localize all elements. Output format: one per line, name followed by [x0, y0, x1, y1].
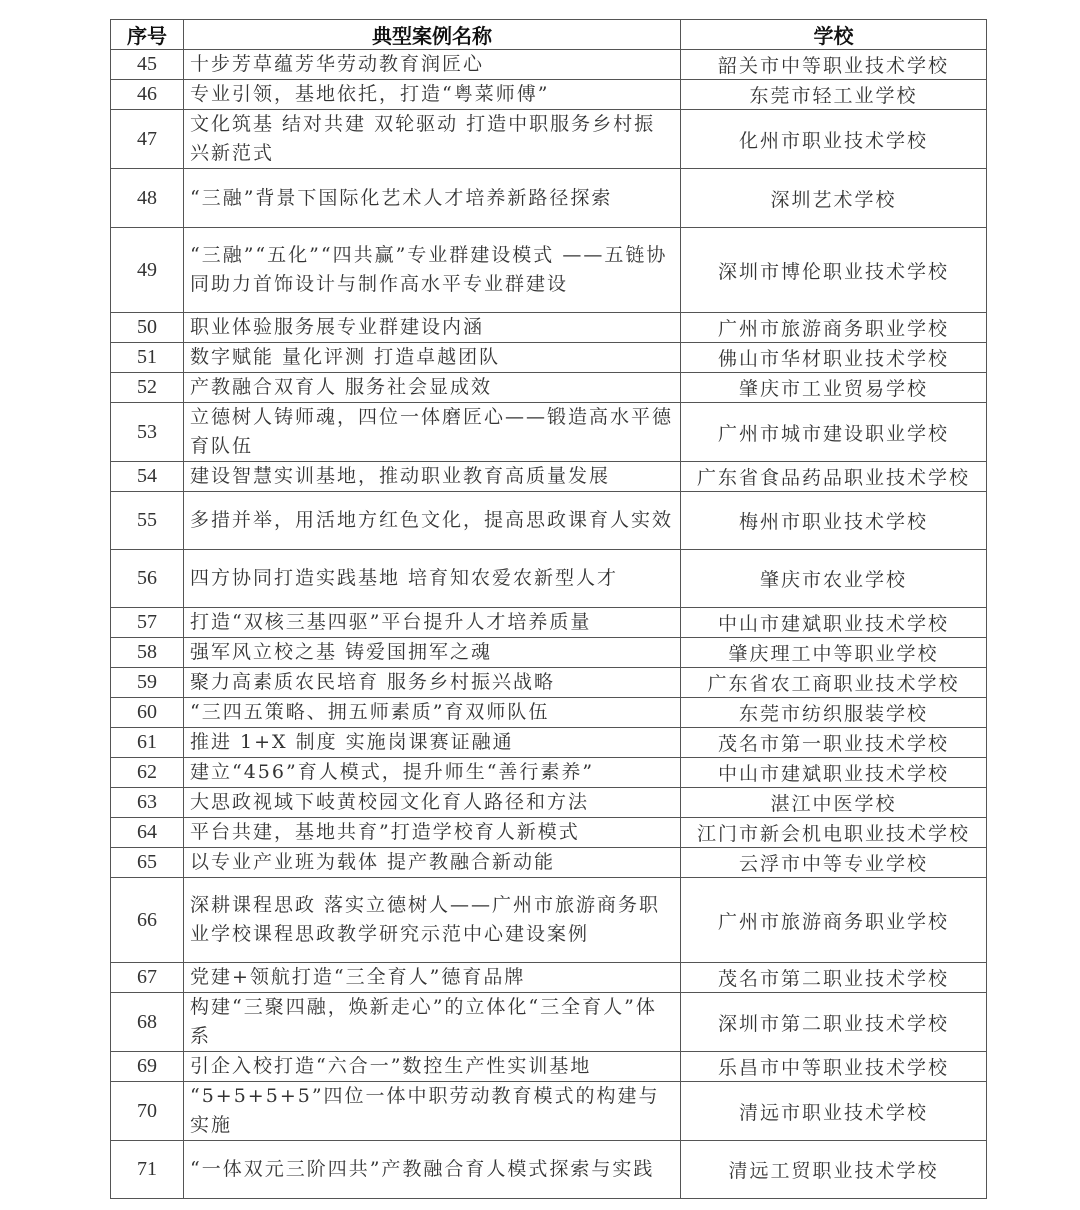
header-case-name: 典型案例名称	[184, 20, 681, 50]
table-row: 60“三四五策略、拥五师素质”育双师队伍东莞市纺织服装学校	[111, 698, 987, 728]
table-row: 47文化筑基 结对共建 双轮驱动 打造中职服务乡村振兴新范式化州市职业技术学校	[111, 110, 987, 169]
table-row: 56四方协同打造实践基地 培育知农爱农新型人才肇庆市农业学校	[111, 550, 987, 608]
serial-number-cell: 55	[111, 492, 184, 550]
serial-number-cell: 69	[111, 1052, 184, 1082]
serial-number-cell: 58	[111, 638, 184, 668]
school-cell: 深圳市博伦职业技术学校	[681, 228, 987, 313]
table-header-row: 序号 典型案例名称 学校	[111, 20, 987, 50]
table-row: 62建立“456”育人模式，提升师生“善行素养”中山市建斌职业技术学校	[111, 758, 987, 788]
school-cell: 云浮市中等专业学校	[681, 848, 987, 878]
school-cell: 深圳艺术学校	[681, 169, 987, 228]
serial-number-cell: 49	[111, 228, 184, 313]
school-cell: 肇庆市工业贸易学校	[681, 373, 987, 403]
table-row: 51数字赋能 量化评测 打造卓越团队佛山市华材职业技术学校	[111, 343, 987, 373]
serial-number-cell: 64	[111, 818, 184, 848]
school-cell: 深圳市第二职业技术学校	[681, 993, 987, 1052]
table-row: 53立德树人铸师魂，四位一体磨匠心——锻造高水平德育队伍广州市城市建设职业学校	[111, 403, 987, 462]
case-name-cell: 推进 1+X 制度 实施岗课赛证融通	[184, 728, 681, 758]
table-row: 68构建“三聚四融，焕新走心”的立体化“三全育人”体系深圳市第二职业技术学校	[111, 993, 987, 1052]
typical-cases-table: 序号 典型案例名称 学校 45十步芳草蕴芳华劳动教育润匠心韶关市中等职业技术学校…	[110, 19, 987, 1199]
school-cell: 广州市旅游商务职业学校	[681, 878, 987, 963]
table-row: 50职业体验服务展专业群建设内涵广州市旅游商务职业学校	[111, 313, 987, 343]
serial-number-cell: 68	[111, 993, 184, 1052]
table-row: 55多措并举，用活地方红色文化，提高思政课育人实效梅州市职业技术学校	[111, 492, 987, 550]
table-row: 49“三融”“五化”“四共赢”专业群建设模式 ——五链协同助力首饰设计与制作高水…	[111, 228, 987, 313]
table-row: 64平台共建，基地共育”打造学校育人新模式江门市新会机电职业技术学校	[111, 818, 987, 848]
serial-number-cell: 46	[111, 80, 184, 110]
table-row: 58强军风立校之基 铸爱国拥军之魂肇庆理工中等职业学校	[111, 638, 987, 668]
school-cell: 茂名市第一职业技术学校	[681, 728, 987, 758]
school-cell: 湛江中医学校	[681, 788, 987, 818]
table-row: 59聚力高素质农民培育 服务乡村振兴战略广东省农工商职业技术学校	[111, 668, 987, 698]
serial-number-cell: 60	[111, 698, 184, 728]
serial-number-cell: 59	[111, 668, 184, 698]
school-cell: 茂名市第二职业技术学校	[681, 963, 987, 993]
school-cell: 广东省食品药品职业技术学校	[681, 462, 987, 492]
school-cell: 化州市职业技术学校	[681, 110, 987, 169]
serial-number-cell: 51	[111, 343, 184, 373]
school-cell: 肇庆理工中等职业学校	[681, 638, 987, 668]
table-row: 69引企入校打造“六合一”数控生产性实训基地乐昌市中等职业技术学校	[111, 1052, 987, 1082]
serial-number-cell: 67	[111, 963, 184, 993]
header-serial-number: 序号	[111, 20, 184, 50]
school-cell: 中山市建斌职业技术学校	[681, 758, 987, 788]
serial-number-cell: 48	[111, 169, 184, 228]
table-row: 45十步芳草蕴芳华劳动教育润匠心韶关市中等职业技术学校	[111, 50, 987, 80]
case-name-cell: 建立“456”育人模式，提升师生“善行素养”	[184, 758, 681, 788]
table-row: 54建设智慧实训基地，推动职业教育高质量发展广东省食品药品职业技术学校	[111, 462, 987, 492]
table-row: 48“三融”背景下国际化艺术人才培养新路径探索深圳艺术学校	[111, 169, 987, 228]
school-cell: 中山市建斌职业技术学校	[681, 608, 987, 638]
case-name-cell: “三融”背景下国际化艺术人才培养新路径探索	[184, 169, 681, 228]
school-cell: 广东省农工商职业技术学校	[681, 668, 987, 698]
serial-number-cell: 54	[111, 462, 184, 492]
serial-number-cell: 70	[111, 1082, 184, 1141]
case-name-cell: 打造“双核三基四驱”平台提升人才培养质量	[184, 608, 681, 638]
case-name-cell: “三融”“五化”“四共赢”专业群建设模式 ——五链协同助力首饰设计与制作高水平专…	[184, 228, 681, 313]
case-name-cell: 深耕课程思政 落实立德树人——广州市旅游商务职业学校课程思政教学研究示范中心建设…	[184, 878, 681, 963]
case-name-cell: 十步芳草蕴芳华劳动教育润匠心	[184, 50, 681, 80]
serial-number-cell: 65	[111, 848, 184, 878]
case-name-cell: 数字赋能 量化评测 打造卓越团队	[184, 343, 681, 373]
case-name-cell: 强军风立校之基 铸爱国拥军之魂	[184, 638, 681, 668]
table-row: 71“一体双元三阶四共”产教融合育人模式探索与实践清远工贸职业技术学校	[111, 1141, 987, 1199]
school-cell: 东莞市轻工业学校	[681, 80, 987, 110]
school-cell: 肇庆市农业学校	[681, 550, 987, 608]
school-cell: 梅州市职业技术学校	[681, 492, 987, 550]
serial-number-cell: 66	[111, 878, 184, 963]
case-name-cell: 以专业产业班为载体 提产教融合新动能	[184, 848, 681, 878]
school-cell: 清远工贸职业技术学校	[681, 1141, 987, 1199]
table-row: 67党建+领航打造“三全育人”德育品牌茂名市第二职业技术学校	[111, 963, 987, 993]
case-name-cell: 四方协同打造实践基地 培育知农爱农新型人才	[184, 550, 681, 608]
school-cell: 乐昌市中等职业技术学校	[681, 1052, 987, 1082]
serial-number-cell: 61	[111, 728, 184, 758]
table-row: 57打造“双核三基四驱”平台提升人才培养质量中山市建斌职业技术学校	[111, 608, 987, 638]
header-school: 学校	[681, 20, 987, 50]
case-name-cell: 专业引领，基地依托，打造“粤菜师傅”	[184, 80, 681, 110]
school-cell: 清远市职业技术学校	[681, 1082, 987, 1141]
case-name-cell: “三四五策略、拥五师素质”育双师队伍	[184, 698, 681, 728]
case-name-cell: 平台共建，基地共育”打造学校育人新模式	[184, 818, 681, 848]
table-row: 63大思政视域下岐黄校园文化育人路径和方法湛江中医学校	[111, 788, 987, 818]
document-page: 序号 典型案例名称 学校 45十步芳草蕴芳华劳动教育润匠心韶关市中等职业技术学校…	[0, 0, 1080, 1210]
serial-number-cell: 50	[111, 313, 184, 343]
case-name-cell: 建设智慧实训基地，推动职业教育高质量发展	[184, 462, 681, 492]
table-row: 52产教融合双育人 服务社会显成效肇庆市工业贸易学校	[111, 373, 987, 403]
serial-number-cell: 53	[111, 403, 184, 462]
serial-number-cell: 47	[111, 110, 184, 169]
case-name-cell: 产教融合双育人 服务社会显成效	[184, 373, 681, 403]
case-name-cell: 多措并举，用活地方红色文化，提高思政课育人实效	[184, 492, 681, 550]
school-cell: 广州市旅游商务职业学校	[681, 313, 987, 343]
table-row: 46专业引领，基地依托，打造“粤菜师傅”东莞市轻工业学校	[111, 80, 987, 110]
serial-number-cell: 71	[111, 1141, 184, 1199]
case-name-cell: “一体双元三阶四共”产教融合育人模式探索与实践	[184, 1141, 681, 1199]
case-name-cell: 聚力高素质农民培育 服务乡村振兴战略	[184, 668, 681, 698]
case-name-cell: 构建“三聚四融，焕新走心”的立体化“三全育人”体系	[184, 993, 681, 1052]
serial-number-cell: 45	[111, 50, 184, 80]
school-cell: 江门市新会机电职业技术学校	[681, 818, 987, 848]
serial-number-cell: 63	[111, 788, 184, 818]
case-name-cell: 党建+领航打造“三全育人”德育品牌	[184, 963, 681, 993]
serial-number-cell: 62	[111, 758, 184, 788]
table-row: 65以专业产业班为载体 提产教融合新动能云浮市中等专业学校	[111, 848, 987, 878]
case-name-cell: 大思政视域下岐黄校园文化育人路径和方法	[184, 788, 681, 818]
school-cell: 广州市城市建设职业学校	[681, 403, 987, 462]
case-name-cell: “5+5+5+5”四位一体中职劳动教育模式的构建与实施	[184, 1082, 681, 1141]
table-row: 66深耕课程思政 落实立德树人——广州市旅游商务职业学校课程思政教学研究示范中心…	[111, 878, 987, 963]
school-cell: 韶关市中等职业技术学校	[681, 50, 987, 80]
case-name-cell: 文化筑基 结对共建 双轮驱动 打造中职服务乡村振兴新范式	[184, 110, 681, 169]
table-body: 45十步芳草蕴芳华劳动教育润匠心韶关市中等职业技术学校46专业引领，基地依托，打…	[111, 50, 987, 1199]
serial-number-cell: 52	[111, 373, 184, 403]
case-name-cell: 职业体验服务展专业群建设内涵	[184, 313, 681, 343]
school-cell: 佛山市华材职业技术学校	[681, 343, 987, 373]
table-row: 70“5+5+5+5”四位一体中职劳动教育模式的构建与实施清远市职业技术学校	[111, 1082, 987, 1141]
case-name-cell: 引企入校打造“六合一”数控生产性实训基地	[184, 1052, 681, 1082]
case-name-cell: 立德树人铸师魂，四位一体磨匠心——锻造高水平德育队伍	[184, 403, 681, 462]
table-row: 61推进 1+X 制度 实施岗课赛证融通茂名市第一职业技术学校	[111, 728, 987, 758]
serial-number-cell: 57	[111, 608, 184, 638]
school-cell: 东莞市纺织服装学校	[681, 698, 987, 728]
serial-number-cell: 56	[111, 550, 184, 608]
